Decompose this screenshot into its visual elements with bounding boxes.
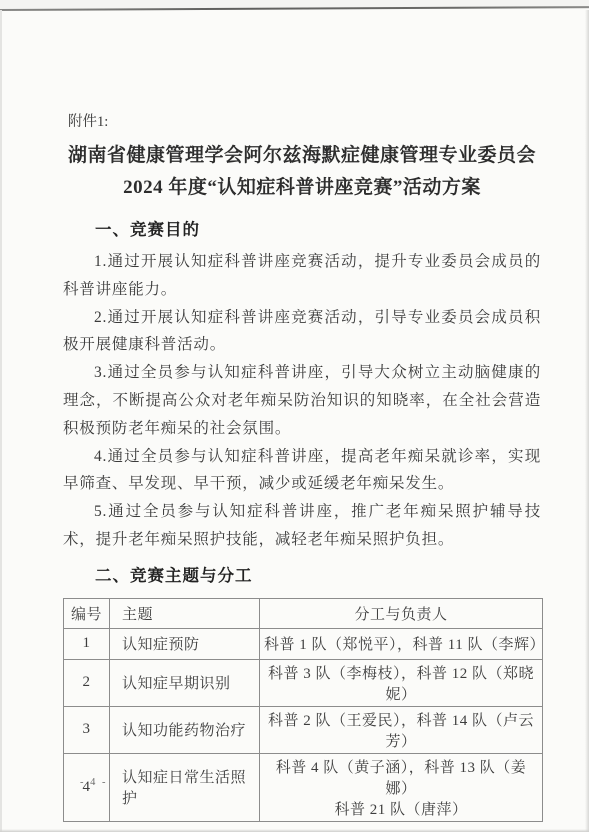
- table-header-topic: 主题: [110, 598, 260, 628]
- section1-paragraph-3: 3.通过全员参与认知症科普讲座，引导大众树立主动脑健康的理念，不断提高公众对老年…: [63, 359, 541, 442]
- scan-artifact-right-edge: [585, 10, 589, 832]
- attachment-label: 附件1:: [68, 112, 541, 132]
- section1-paragraph-4: 4.通过全员参与认知症科普讲座，提高老年痴呆就诊率，实现早筛查、早发现、早干预，…: [63, 443, 541, 499]
- section1-paragraph-2: 2.通过开展认知症科普讲座竞赛活动，引导专业委员会成员积极开展健康科普活动。: [63, 304, 541, 360]
- row-assignment: 科普 3 队（李梅枝），科普 12 队（郑晓妮）: [260, 659, 543, 706]
- section1-paragraph-1: 1.通过开展认知症科普讲座竞赛活动，提升专业委员会成员的科普讲座能力。: [63, 248, 541, 304]
- row-assignment-line1: 科普 4 队（黄子涵），科普 13 队（姜娜）: [264, 756, 538, 798]
- assignment-table: 编号 主题 分工与负责人 1 认知症预防 科普 1 队（郑悦平），科普 11 队…: [63, 598, 543, 822]
- row-assignment: 科普 1 队（郑悦平），科普 11 队（李辉）: [260, 628, 543, 659]
- page-number: - 4 -: [80, 777, 108, 788]
- document-title-line1: 湖南省健康管理学会阿尔兹海默症健康管理专业委员会: [63, 140, 541, 172]
- document-content: 附件1: 湖南省健康管理学会阿尔兹海默症健康管理专业委员会 2024 年度“认知…: [63, 0, 541, 822]
- table-header-no: 编号: [64, 598, 110, 628]
- row-topic: 认知症早期识别: [110, 659, 260, 706]
- row-topic: 认知症预防: [110, 628, 260, 659]
- document-page: 附件1: 湖南省健康管理学会阿尔兹海默症健康管理专业委员会 2024 年度“认知…: [0, 0, 589, 832]
- table-row: 2 认知症早期识别 科普 3 队（李梅枝），科普 12 队（郑晓妮）: [64, 659, 543, 706]
- table-header-row: 编号 主题 分工与负责人: [64, 598, 543, 628]
- row-topic: 认知症日常生活照护: [110, 753, 260, 821]
- section2-heading: 二、竞赛主题与分工: [95, 563, 541, 589]
- document-title-line2: 2024 年度“认知症科普讲座竞赛”活动方案: [63, 172, 541, 204]
- table-row: 1 认知症预防 科普 1 队（郑悦平），科普 11 队（李辉）: [64, 628, 543, 659]
- row-assignment: 科普 4 队（黄子涵），科普 13 队（姜娜） 科普 21 队（唐萍）: [260, 753, 543, 821]
- table-header-assignment: 分工与负责人: [260, 598, 543, 628]
- row-no: 3: [64, 706, 110, 753]
- row-assignment: 科普 2 队（王爱民），科普 14 队（卢云芳）: [260, 706, 543, 753]
- scan-artifact-left-edge: [0, 10, 2, 832]
- table-row: 3 认知功能药物治疗 科普 2 队（王爱民），科普 14 队（卢云芳）: [64, 706, 543, 753]
- document-title: 湖南省健康管理学会阿尔兹海默症健康管理专业委员会 2024 年度“认知症科普讲座…: [63, 140, 541, 204]
- row-assignment-line2: 科普 21 队（唐萍）: [264, 798, 538, 819]
- section1-paragraph-5: 5.通过全员参与认知症科普讲座，推广老年痴呆照护辅导技术，提升老年痴呆照护技能，…: [63, 498, 541, 554]
- row-topic: 认知功能药物治疗: [110, 706, 260, 753]
- table-row: 4 认知症日常生活照护 科普 4 队（黄子涵），科普 13 队（姜娜） 科普 2…: [64, 753, 543, 821]
- row-no: 2: [64, 659, 110, 706]
- row-no: 1: [64, 628, 110, 659]
- section1-heading: 一、竞赛目的: [95, 217, 541, 243]
